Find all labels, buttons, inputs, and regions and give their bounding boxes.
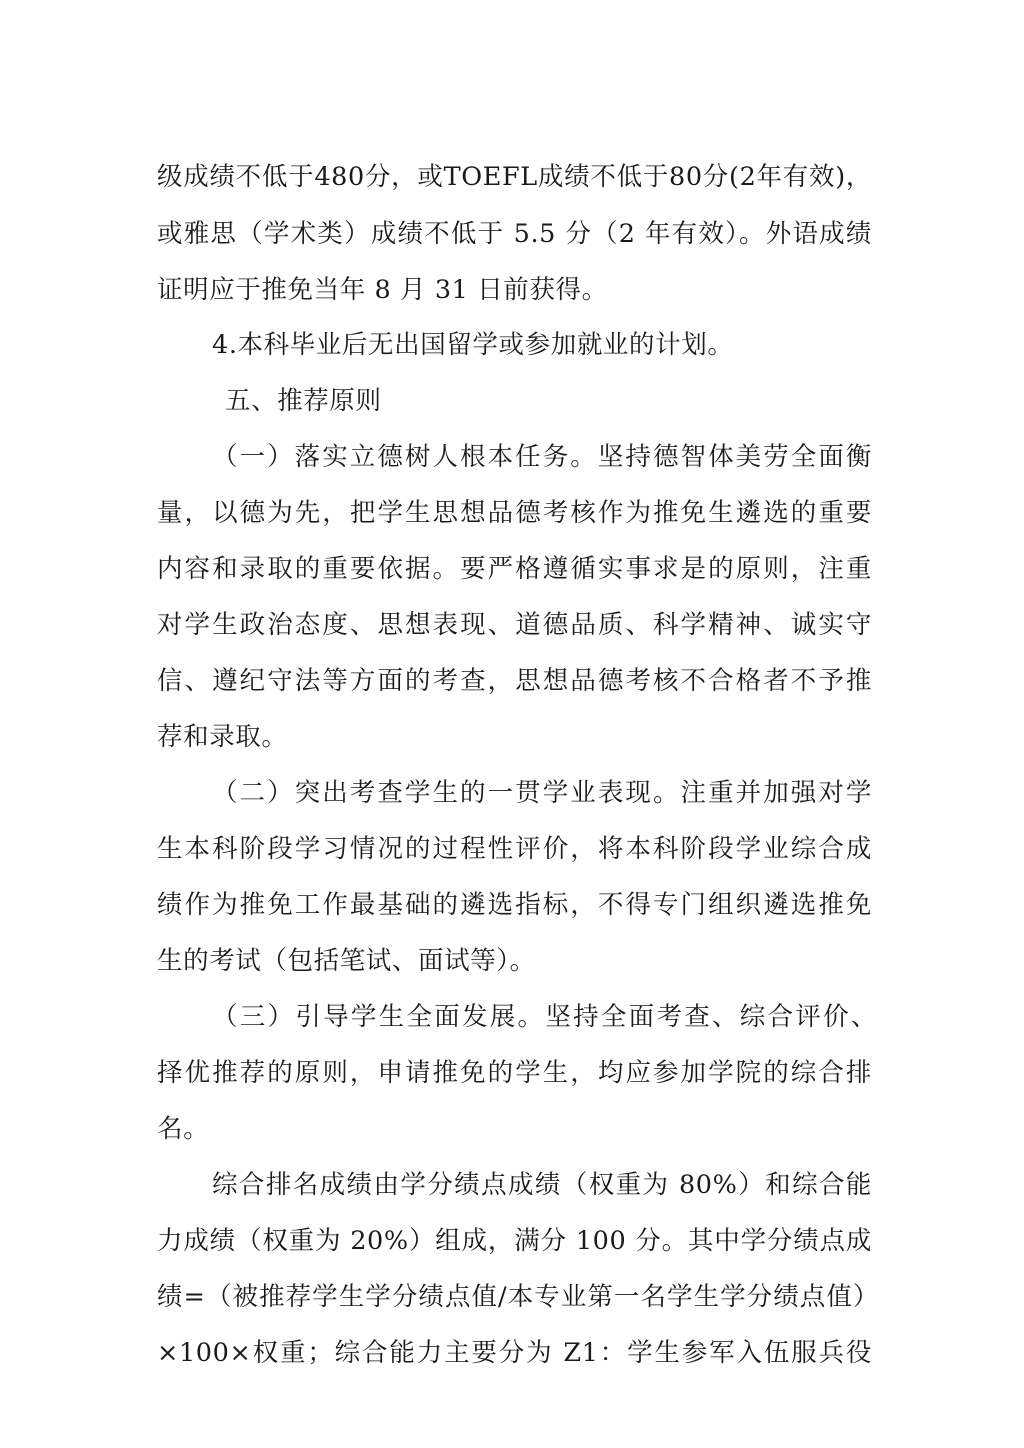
principle-1-line-2: 量，以德为先，把学生思想品德考核作为推免生遴选的重要 xyxy=(157,496,872,530)
principle-3-line-3: 名。 xyxy=(157,1112,872,1146)
principle-2-line-1: （二）突出考查学生的一贯学业表现。注重并加强对学 xyxy=(212,776,872,810)
section-heading-5: 五、推荐原则 xyxy=(225,384,872,418)
ranking-line-4: ×100×权重；综合能力主要分为 Z1：学生参军入伍服兵役 xyxy=(157,1336,872,1370)
principle-1-line-4: 对学生政治态度、思想表现、道德品质、科学精神、诚实守 xyxy=(157,608,872,642)
text-line-1: 级成绩不低于480分，或TOEFL成绩不低于80分(2年有效)， xyxy=(157,160,872,194)
principle-2-line-2: 生本科阶段学习情况的过程性评价，将本科阶段学业综合成 xyxy=(157,832,872,866)
principle-1-line-1: （一）落实立德树人根本任务。坚持德智体美劳全面衡 xyxy=(212,440,872,474)
principle-2-line-4: 生的考试（包括笔试、面试等）。 xyxy=(157,944,872,978)
principle-2-line-3: 绩作为推免工作最基础的遴选指标，不得专门组织遴选推免 xyxy=(157,888,872,922)
text-line-2: 或雅思（学术类）成绩不低于 5.5 分（2 年有效）。外语成绩 xyxy=(157,217,872,251)
principle-1-line-3: 内容和录取的重要依据。要严格遵循实事求是的原则，注重 xyxy=(157,552,872,586)
text-line-3: 证明应于推免当年 8 月 31 日前获得。 xyxy=(157,273,872,307)
principle-1-line-5: 信、遵纪守法等方面的考查，思想品德考核不合格者不予推 xyxy=(157,664,872,698)
document-page: 级成绩不低于480分，或TOEFL成绩不低于80分(2年有效)， 或雅思（学术类… xyxy=(0,0,1024,1448)
ranking-line-2: 力成绩（权重为 20%）组成，满分 100 分。其中学分绩点成 xyxy=(157,1224,872,1258)
list-item-4: 4.本科毕业后无出国留学或参加就业的计划。 xyxy=(212,328,872,362)
ranking-line-1: 综合排名成绩由学分绩点成绩（权重为 80%）和综合能 xyxy=(212,1168,872,1202)
ranking-line-3: 绩=（被推荐学生学分绩点值/本专业第一名学生学分绩点值） xyxy=(157,1280,879,1314)
principle-3-line-1: （三）引导学生全面发展。坚持全面考查、综合评价、 xyxy=(212,1000,877,1034)
principle-3-line-2: 择优推荐的原则，申请推免的学生，均应参加学院的综合排 xyxy=(157,1056,872,1090)
principle-1-line-6: 荐和录取。 xyxy=(157,720,872,754)
